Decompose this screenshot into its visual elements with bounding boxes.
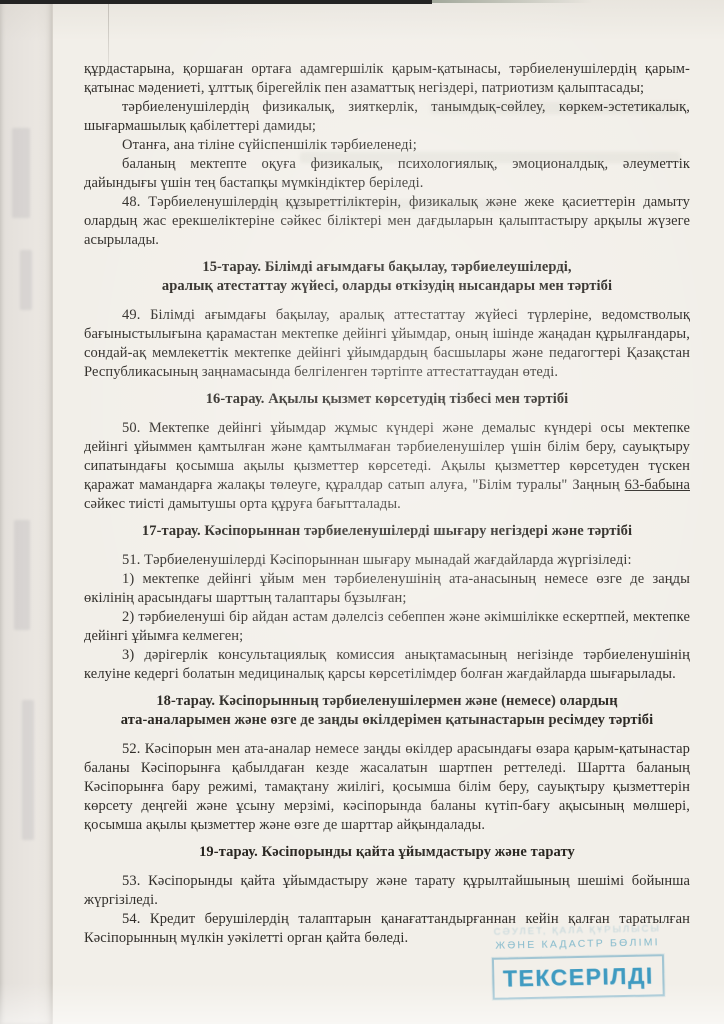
chapter-17-heading: 17-тарау. Кәсіпорыннан тәрбиеленушілерді… xyxy=(84,522,690,541)
bleed-through-mark xyxy=(22,700,34,840)
paragraph-53: 53. Кәсіпорынды қайта ұйымдастыру және т… xyxy=(84,872,690,910)
paragraph-50-text: 50. Мектепке дейінгі ұйымдар жұмыс күнде… xyxy=(84,420,690,493)
document-page: құрдастарына, қоршаған ортаға адамгершіл… xyxy=(84,60,690,948)
paragraph-49: 49. Білімді ағымдағы бақылау, аралық атт… xyxy=(84,306,690,382)
bleed-through-mark xyxy=(20,250,32,310)
verification-stamp: СӘУЛЕТ, ҚАЛА ҚҰРЫЛЫСЫ ЖӘНЕ КАДАСТР БӨЛІМ… xyxy=(467,923,688,1001)
scan-edge-top xyxy=(0,0,432,4)
paragraph-48: 48. Тәрбиеленушілердің құзыреттіліктерін… xyxy=(84,193,690,250)
scan-edge-top-fade xyxy=(432,0,592,3)
paragraph-homeland: Отанға, ана тіліне сүйіспеншілік тәрбиел… xyxy=(84,136,690,155)
paragraph-51-item-2: 2) тәрбиеленуші бір айдан астам дәлелсіз… xyxy=(84,608,690,646)
bleed-through-mark xyxy=(14,520,30,630)
chapter-16-heading: 16-тарау. Ақылы қызмет көрсетудің тізбес… xyxy=(84,390,690,409)
paragraph-51-intro: 51. Тәрбиеленушілерді Кәсіпорыннан шығар… xyxy=(84,551,690,570)
stamp-border-box: ТЕКСЕРІЛДІ xyxy=(492,954,665,1000)
paragraph-50: 50. Мектепке дейінгі ұйымдар жұмыс күнде… xyxy=(84,419,690,514)
chapter-15-heading: 15-тарау. Білімді ағымдағы бақылау, тәрб… xyxy=(84,258,690,296)
paragraph-physical-abilities: тәрбиеленушілердің физикалық, зияткерлік… xyxy=(84,98,690,136)
paragraph-50-text-end: сәйкес тиісті дамытушы орта құруға бағыт… xyxy=(84,496,401,512)
paragraph-51-item-1: 1) мектепке дейінгі ұйым мен тәрбиеленуш… xyxy=(84,570,690,608)
stamp-department-line: ЖӘНЕ КАДАСТР БӨЛІМІ xyxy=(468,936,688,953)
paragraph-52: 52. Кәсіпорын мен ата-аналар немесе заңд… xyxy=(84,740,690,835)
chapter-19-heading: 19-тарау. Кәсіпорынды қайта ұйымдастыру … xyxy=(84,843,690,862)
paragraph-school-readiness: баланың мектепте оқуға физикалық, психол… xyxy=(84,155,690,193)
paragraph-51-item-3: 3) дәрігерлік консультациялық комиссия а… xyxy=(84,646,690,684)
paragraph-carryover: құрдастарына, қоршаған ортаға адамгершіл… xyxy=(84,60,690,98)
chapter-18-heading: 18-тарау. Кәсіпорынның тәрбиеленушілерме… xyxy=(84,692,690,730)
bleed-through-mark xyxy=(12,128,30,218)
law-article-63-reference: 63-бабына xyxy=(625,477,690,493)
stamp-status-label: ТЕКСЕРІЛДІ xyxy=(503,962,654,992)
